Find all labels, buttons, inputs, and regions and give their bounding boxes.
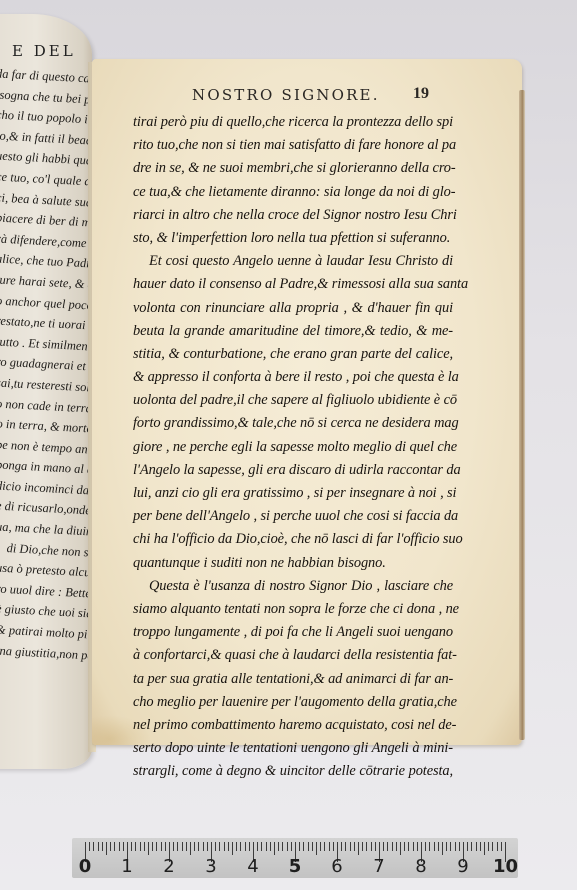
text-line: chi ha l'officio da Dio,cioè, che nō las… — [133, 528, 453, 551]
text-line: & appresso il conforta à bere il resto ,… — [133, 366, 453, 389]
ruler-tick — [177, 842, 178, 851]
ruler-tick — [257, 842, 258, 851]
ruler-tick — [471, 842, 472, 851]
page-number: 19 — [413, 85, 429, 103]
ruler-label: 7 — [367, 856, 391, 878]
text-line: uolonta del padre,il che sapere al figli… — [133, 389, 453, 412]
text-line: tirai però piu di quello,che ricerca la … — [133, 111, 453, 134]
ruler-tick — [287, 842, 288, 851]
ruler-tick — [324, 842, 325, 851]
text-line: troppo lungamente , di poi fa che li Ang… — [133, 621, 453, 644]
ruler-tick — [203, 842, 204, 851]
ruler-tick — [354, 842, 355, 851]
ruler-tick — [417, 842, 418, 851]
text-line: quantunque i suditi non ne habbian bisog… — [133, 552, 453, 575]
ruler-tick — [383, 842, 384, 851]
ruler-tick — [123, 842, 124, 851]
ruler-tick — [291, 842, 292, 851]
ruler-tick — [408, 842, 409, 851]
text-line: lui, anzi cio gli era gratissimo , si pe… — [133, 482, 453, 505]
ruler-tick — [387, 842, 388, 851]
text-line: sto, & l'imperfettion loro nella tua pfe… — [133, 227, 453, 250]
ruler-tick — [207, 842, 208, 851]
ruler-label: 3 — [199, 856, 223, 878]
left-running-head: E DEL — [12, 42, 76, 60]
ruler-label: 6 — [325, 856, 349, 878]
text-line: nel primo combattimento haremo acquistat… — [133, 714, 453, 737]
ruler-tick — [308, 842, 309, 851]
text-line: l'Angelo la sapesse, gli era discaro di … — [133, 459, 453, 482]
text-line: dre in se, & ne suoi membri,che si glori… — [133, 157, 453, 180]
ruler-tick — [396, 842, 397, 851]
ruler-label: 9 — [451, 856, 475, 878]
ruler-tick — [341, 842, 342, 851]
ruler-tick — [110, 842, 111, 851]
ruler-tick — [312, 842, 313, 851]
ruler-tick — [282, 842, 283, 851]
text-line: strargli, come à degno & uincitor delle … — [133, 760, 453, 783]
ruler-tick — [190, 842, 191, 855]
ruler-label: 2 — [157, 856, 181, 878]
ruler-tick — [114, 842, 115, 851]
text-line: ce tua,& che lietamente diranno: sia lon… — [133, 181, 453, 204]
ruler-tick — [119, 842, 120, 851]
ruler-tick — [93, 842, 94, 851]
left-text-line: ina giustitia,non pa — [0, 640, 92, 666]
text-line: ta per sua gratia alle tentationi,& ad a… — [133, 668, 453, 691]
ruler-tick — [140, 842, 141, 851]
ruler-tick — [274, 842, 275, 855]
ruler-tick — [501, 842, 502, 851]
ruler-tick — [425, 842, 426, 851]
text-line: beuta la grande amaritudine del timore,&… — [133, 320, 453, 343]
ruler-tick — [236, 842, 237, 851]
ruler-tick — [198, 842, 199, 851]
text-line: riarci in altro che nella croce del Sign… — [133, 204, 453, 227]
ruler-tick — [476, 842, 477, 851]
ruler-tick — [232, 842, 233, 855]
ruler-tick — [375, 842, 376, 851]
text-line: forto grandissimo,& tale,che nō si cerca… — [133, 412, 453, 435]
ruler-tick — [161, 842, 162, 851]
ruler-tick — [278, 842, 279, 851]
text-line: volonta con rinunciare alla propria , & … — [133, 297, 453, 320]
ruler-tick — [270, 842, 271, 851]
text-line: siamo alquanto tentati non sopra le forz… — [133, 598, 453, 621]
left-page-text: da far di questo caliceisogna che tu bei… — [0, 66, 92, 663]
ruler-tick — [261, 842, 262, 851]
ruler-tick — [350, 842, 351, 851]
text-line: Et cosi questo Angelo uenne à laudar Ies… — [133, 250, 453, 273]
ruler-tick — [245, 842, 246, 851]
ruler-label: 1 — [115, 856, 139, 878]
ruler-tick — [303, 842, 304, 851]
ruler-tick — [480, 842, 481, 851]
text-line: à confortarci,& quasi che à laudarci del… — [133, 644, 453, 667]
ruler-tick — [404, 842, 405, 851]
ruler-tick — [329, 842, 330, 851]
ruler-tick — [434, 842, 435, 851]
text-line: serto dopo uinte le tentationi uengono g… — [133, 737, 453, 760]
ruler-tick — [102, 842, 103, 851]
ruler-labels: 012345678910 — [72, 856, 518, 878]
text-line: stitia, & conturbatione, che erano gran … — [133, 343, 453, 366]
ruler-tick — [98, 842, 99, 851]
ruler-label: 8 — [409, 856, 433, 878]
ruler-tick — [358, 842, 359, 855]
ruler-tick — [345, 842, 346, 851]
paper-stain — [92, 715, 152, 745]
ruler-tick — [429, 842, 430, 851]
ruler-tick — [371, 842, 372, 851]
ruler-tick — [467, 842, 468, 851]
ruler-tick — [455, 842, 456, 851]
ruler-tick — [135, 842, 136, 851]
ruler-tick — [89, 842, 90, 851]
body-text: tirai però piu di quello,che ricerca la … — [133, 111, 453, 783]
ruler-tick — [131, 842, 132, 851]
text-line: hauer dato il consenso al Padre,& rimess… — [133, 273, 453, 296]
ruler-tick — [182, 842, 183, 851]
ruler-label: 0 — [73, 856, 97, 878]
ruler-tick — [450, 842, 451, 851]
text-line: per bene dell'Angelo , si perche uuol ch… — [133, 505, 453, 528]
ruler-tick — [320, 842, 321, 851]
ruler-tick — [224, 842, 225, 851]
ruler-tick — [488, 842, 489, 851]
ruler-tick — [316, 842, 317, 855]
ruler-tick — [366, 842, 367, 851]
ruler-tick — [215, 842, 216, 851]
ruler-tick — [156, 842, 157, 851]
ruler-tick — [152, 842, 153, 851]
ruler-tick — [459, 842, 460, 851]
ruler-tick — [438, 842, 439, 851]
text-line: rito tuo,che non si tien mai satisfatto … — [133, 134, 453, 157]
ruler-tick — [148, 842, 149, 855]
ruler-tick — [484, 842, 485, 855]
ruler-tick — [392, 842, 393, 851]
ruler-tick — [446, 842, 447, 851]
ruler-label: 4 — [241, 856, 265, 878]
ruler-label: 10 — [493, 856, 517, 878]
ruler-tick — [228, 842, 229, 851]
text-line: cho meglio per lauenire per l'augomento … — [133, 691, 453, 714]
ruler-tick — [186, 842, 187, 851]
ruler-tick — [240, 842, 241, 851]
ruler-tick — [413, 842, 414, 851]
right-page-recto: NOSTRO SIGNORE. 19 tirai però piu di que… — [92, 59, 522, 745]
ruler-tick — [194, 842, 195, 851]
ruler-tick — [106, 842, 107, 855]
ruler-tick — [299, 842, 300, 851]
scale-ruler: 012345678910 — [72, 838, 518, 878]
ruler-tick — [362, 842, 363, 851]
ruler-tick — [165, 842, 166, 851]
ruler-tick — [400, 842, 401, 855]
ruler-tick — [266, 842, 267, 851]
ruler-tick — [219, 842, 220, 851]
ruler-tick — [497, 842, 498, 851]
ruler-tick — [249, 842, 250, 851]
ruler-tick — [442, 842, 443, 855]
ruler-tick — [144, 842, 145, 851]
text-line: giore , ne perche egli la sapesse molto … — [133, 436, 453, 459]
left-page-verso: E DEL da far di questo caliceisogna che … — [0, 14, 92, 769]
ruler-tick — [492, 842, 493, 851]
running-head: NOSTRO SIGNORE. — [192, 86, 380, 104]
text-line: Questa è l'usanza di nostro Signor Dio ,… — [133, 575, 453, 598]
ruler-tick — [333, 842, 334, 851]
ruler-tick — [173, 842, 174, 851]
ruler-label: 5 — [283, 856, 307, 878]
page-fore-edge — [519, 90, 525, 740]
